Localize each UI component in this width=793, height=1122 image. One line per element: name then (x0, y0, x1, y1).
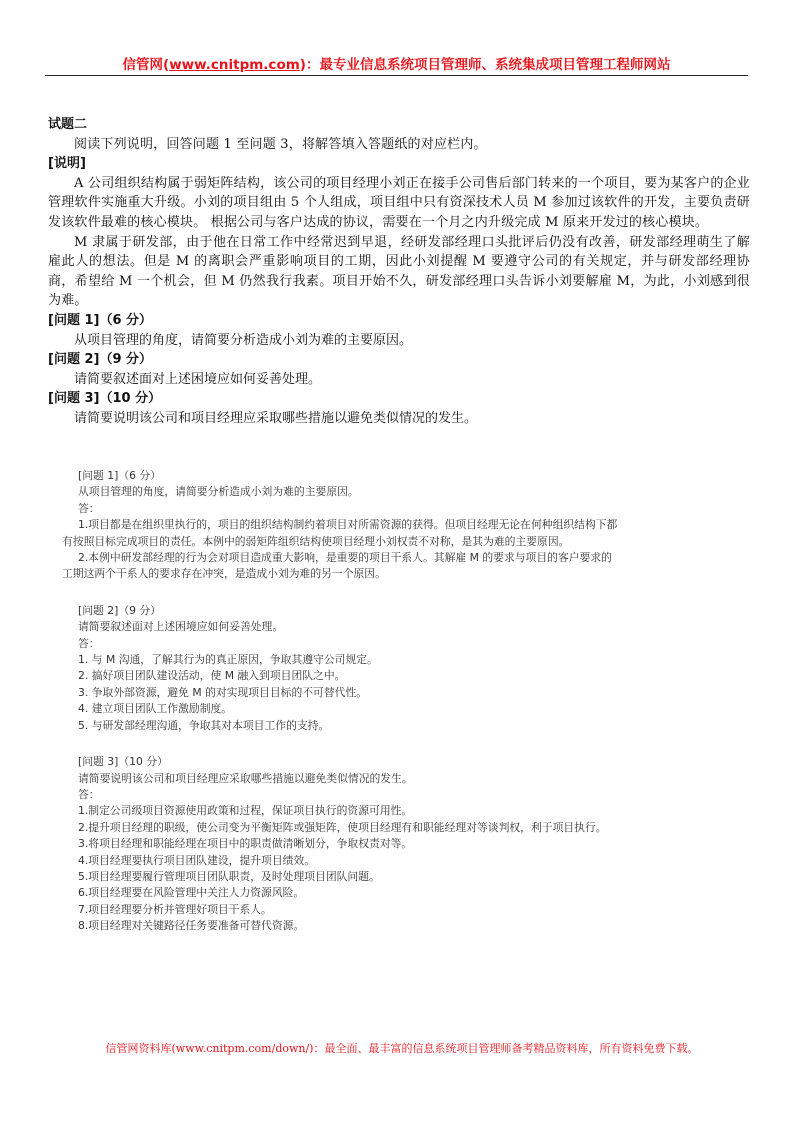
answer-section: [问题 1]（6 分） 从项目管理的角度，请简要分析造成小刘为难的主要原因。 答… (62, 468, 622, 951)
answer-label: 答： (62, 636, 622, 652)
answer-item: 4.项目经理要执行项目团队建设，提升项目绩效。 (62, 853, 622, 869)
description-paragraph: M 隶属于研发部，由于他在日常工作中经常迟到早退，经研发部经理口头批评后仍没有改… (48, 233, 750, 311)
answer-prompt: 请简要说明该公司和项目经理应采取哪些措施以避免类似情况的发生。 (62, 771, 622, 787)
answer-block-2: [问题 2]（9 分） 请简要叙述面对上述困境应如何妥善处理。 答： 1. 与 … (62, 603, 622, 734)
sub-question-heading: [问题 1]（6 分） (48, 311, 750, 331)
answer-heading: [问题 1]（6 分） (62, 468, 622, 484)
answer-item: 5. 与研发部经理沟通，争取其对本项目工作的支持。 (62, 718, 622, 734)
answer-item: 3. 争取外部资源，避免 M 的对实现项目目标的不可替代性。 (62, 685, 622, 701)
site-link[interactable]: www.cnitpm.com (169, 57, 300, 73)
answer-label: 答： (62, 787, 622, 803)
answer-item: 1.制定公司级项目资源使用政策和过程，保证项目执行的资源可用性。 (62, 803, 622, 819)
sub-question-heading: [问题 3]（10 分） (48, 389, 750, 409)
site-tagline: )：最专业信息系统项目管理师、系统集成项目管理工程师网站 (300, 57, 671, 73)
sub-question-text: 从项目管理的角度，请简要分析造成小刘为难的主要原因。 (48, 331, 750, 351)
sub-question-text: 请简要叙述面对上述困境应如何妥善处理。 (48, 370, 750, 390)
answer-item: 1. 与 M 沟通，了解其行为的真正原因，争取其遵守公司规定。 (62, 652, 622, 668)
answer-prompt: 请简要叙述面对上述困境应如何妥善处理。 (62, 619, 622, 635)
answer-block-1: [问题 1]（6 分） 从项目管理的角度，请简要分析造成小刘为难的主要原因。 答… (62, 468, 622, 583)
page-header: 信管网(www.cnitpm.com)：最专业信息系统项目管理师、系统集成项目管… (45, 56, 748, 74)
sub-question-text: 请简要说明该公司和项目经理应采取哪些措施以避免类似情况的发生。 (48, 409, 750, 429)
question-body: 试题二 阅读下列说明，回答问题 1 至问题 3，将解答填入答题纸的对应栏内。 [… (48, 115, 750, 429)
page-footer: 信管网资料库(www.cnitpm.com/down/)：最全面、最丰富的信息系… (82, 1041, 722, 1057)
answer-prompt: 从项目管理的角度，请简要分析造成小刘为难的主要原因。 (62, 484, 622, 500)
answer-item: 2. 搞好项目团队建设活动，使 M 融入到项目团队之中。 (62, 668, 622, 684)
answer-heading: [问题 2]（9 分） (62, 603, 622, 619)
description-paragraph: A 公司组织结构属于弱矩阵结构，该公司的项目经理小刘正在接手公司售后部门转来的一… (48, 174, 750, 233)
answer-item: 5.项目经理要履行管理项目团队职责，及时处理项目团队问题。 (62, 869, 622, 885)
answer-item: 8.项目经理对关键路径任务要准备可替代资源。 (62, 918, 622, 934)
answer-item: 2.提升项目经理的职级，使公司变为平衡矩阵或强矩阵，使项目经理有和职能经理对等谈… (62, 820, 622, 836)
answer-label: 答： (62, 501, 622, 517)
answer-item: 6.项目经理要在风险管理中关注人力资源风险。 (62, 885, 622, 901)
site-name: 信管网( (123, 57, 170, 73)
answer-item: 3.将项目经理和职能经理在项目中的职责做清晰划分，争取权责对等。 (62, 836, 622, 852)
description-heading: [说明] (48, 154, 750, 174)
question-instruction: 阅读下列说明，回答问题 1 至问题 3，将解答填入答题纸的对应栏内。 (48, 135, 750, 155)
answer-item: 2.本例中研发部经理的行为会对项目造成重大影响，是重要的项目干系人。其解雇 M … (62, 550, 622, 583)
answer-heading: [问题 3]（10 分） (62, 754, 622, 770)
answer-block-3: [问题 3]（10 分） 请简要说明该公司和项目经理应采取哪些措施以避免类似情况… (62, 754, 622, 934)
answer-item: 7.项目经理要分析并管理好项目干系人。 (62, 902, 622, 918)
answer-item: 4. 建立项目团队工作激励制度。 (62, 701, 622, 717)
question-title: 试题二 (48, 115, 750, 135)
answer-item: 1.项目都是在组织里执行的，项目的组织结构制约着项目对所需资源的获得。但项目经理… (62, 517, 622, 550)
sub-question-heading: [问题 2]（9 分） (48, 350, 750, 370)
header-divider (45, 75, 748, 76)
